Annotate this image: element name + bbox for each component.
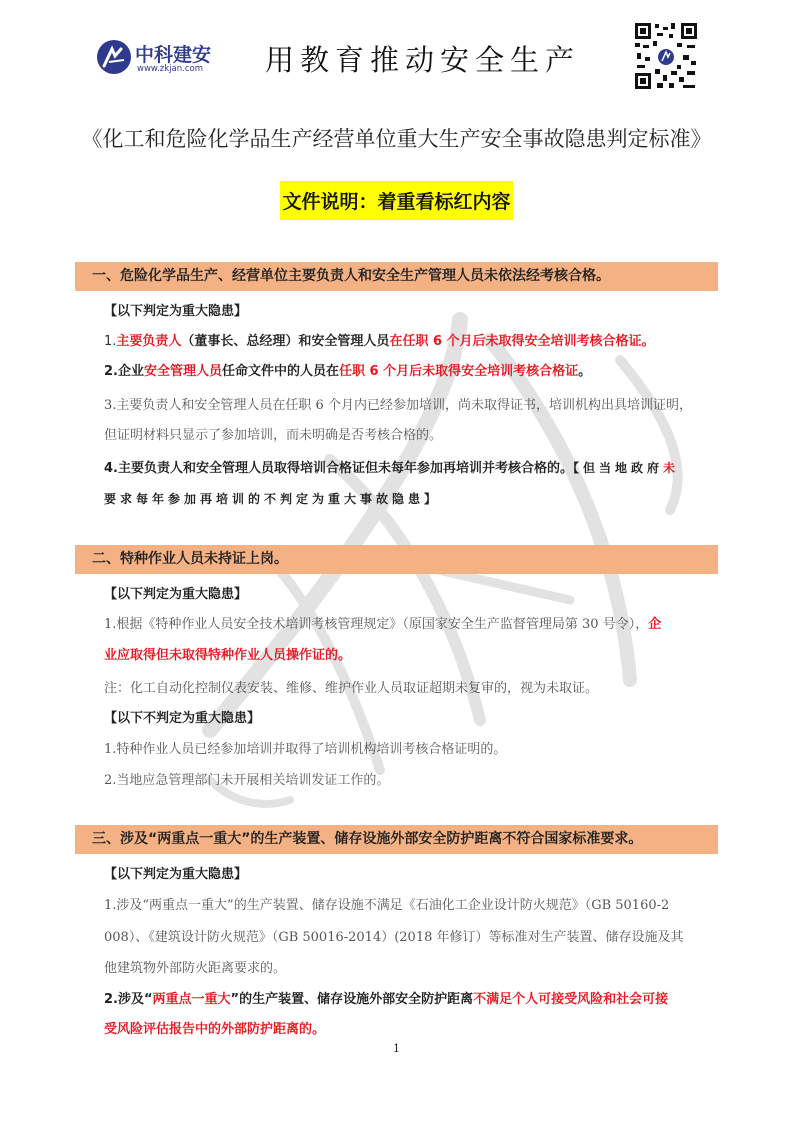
section-3-item-1-line-3: 他建筑物外部防火距离要求的。 <box>104 960 720 978</box>
section-2-tag-2: 【以下不判定为重大隐患】 <box>104 710 720 728</box>
section-3-tag: 【以下判定为重大隐患】 <box>104 866 720 884</box>
page-number: 1 <box>0 1042 793 1055</box>
section-3-item-2-line-1: 2.涉及“两重点一重大”的生产装置、储存设施外部安全防护距离不满足个人可接受风险… <box>104 991 720 1009</box>
brand-logo: 中科建安 www.zkjan.com <box>97 38 227 78</box>
section-3-heading: 三、涉及“两重点一重大”的生产装置、储存设施外部安全防护距离不符合国家标准要求。 <box>75 825 718 854</box>
qr-code-icon <box>633 21 699 91</box>
section-3-item-2-line-2: 受风险评估报告中的外部防护距离的。 <box>104 1021 720 1039</box>
section-2-not-item-2: 2.当地应急管理部门未开展相关培训发证工作的。 <box>104 772 720 790</box>
section-2-item-1-line-1: 1.根据《特种作业人员安全技术培训考核管理规定》（原国家安全生产监督管理局第 3… <box>104 616 720 634</box>
section-1-item-3-line-2: 但证明材料只显示了参加培训，而未明确是否考核合格的。 <box>104 427 720 445</box>
section-3-item-1-line-2: 008）、《建筑设计防火规范》（GB 50016-2014）(2018 年修订）… <box>104 929 720 947</box>
note-container: 文件说明：着重看标红内容 <box>0 181 793 220</box>
document-title: 《化工和危险化学品生产经营单位重大生产安全事故隐患判定标准》 <box>0 123 793 153</box>
section-1-item-2: 2.企业安全管理人员任命文件中的人员在任职 6 个月后未取得安全培训考核合格证。 <box>104 363 720 381</box>
highlighted-note: 文件说明：着重看标红内容 <box>280 181 512 220</box>
section-1-item-1: 1.主要负责人（董事长、总经理）和安全管理人员在任职 6 个月后未取得安全培训考… <box>104 333 720 351</box>
section-1-heading: 一、危险化学品生产、经营单位主要负责人和安全生产管理人员未依法经考核合格。 <box>75 262 718 291</box>
section-2-tag: 【以下判定为重大隐患】 <box>104 586 720 604</box>
section-2-note: 注：化工自动化控制仪表安装、维修、维护作业人员取证超期未复审的，视为未取证。 <box>104 680 720 698</box>
section-1-item-4-line-2: 要求每年参加再培训的不判定为重大事故隐患】 <box>104 490 720 508</box>
section-1-item-4-line-1: 4.主要负责人和安全管理人员取得培训合格证但未每年参加再培训并考核合格的。【但当… <box>104 459 720 478</box>
section-1-tag: 【以下判定为重大隐患】 <box>104 303 720 321</box>
brand-logo-icon <box>97 40 131 74</box>
section-2-heading: 二、特种作业人员未持证上岗。 <box>75 545 718 574</box>
brand-name: 中科建安 <box>135 40 211 67</box>
header-slogan: 用教育推动安全生产 <box>265 38 580 79</box>
section-3-item-1-line-1: 1.涉及“两重点一重大”的生产装置、储存设施不满足《石油化工企业设计防火规范》（… <box>104 897 720 915</box>
section-1-item-3-line-1: 3.主要负责人和安全管理人员在任职 6 个月内已经参加培训，尚未取得证书，培训机… <box>104 397 720 415</box>
section-2-item-1-line-2: 业应取得但未取得特种作业人员操作证的。 <box>104 647 720 665</box>
page-header: 中科建安 www.zkjan.com 用教育推动安全生产 <box>0 0 793 100</box>
brand-url: www.zkjan.com <box>137 64 203 74</box>
section-2-not-item-1: 1.特种作业人员已经参加培训并取得了培训机构培训考核合格证明的。 <box>104 741 720 759</box>
